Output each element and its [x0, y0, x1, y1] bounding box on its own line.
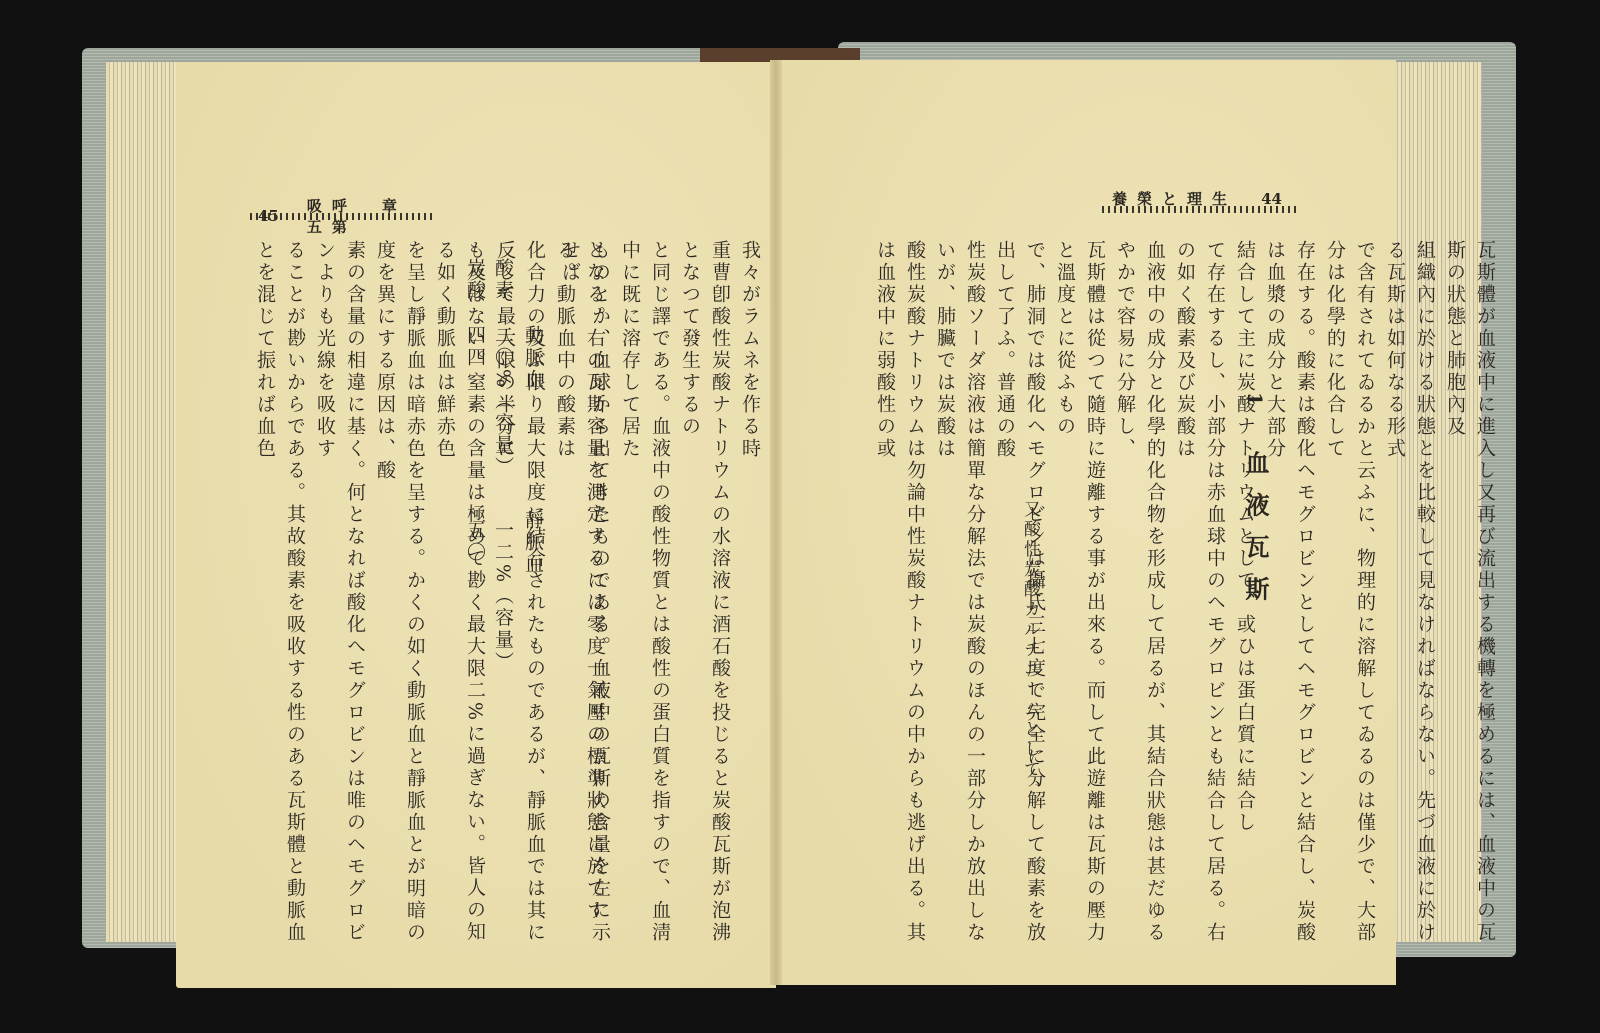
text-column: となる。右の瓦斯容量を測定するには零度一氣壓の標準狀態に於てする。動脈血中の酸素…: [550, 240, 610, 960]
inline-note: 又酸性炭酸カルチユームとして、: [1018, 500, 1043, 800]
text-column: 素の含量の相違に基く。何となれば酸化へモグロビンは唯のヘモグロビンよりも光線を吸…: [310, 240, 370, 960]
right-body-text: 瓦斯體が血液中に進入し又再び流出する機轉を極めるには、血液中の瓦斯の狀態と肺胞內…: [870, 240, 1500, 960]
header-wavy-rule: [248, 213, 433, 220]
text-column: 瓦斯體は從つて隨時に遊離する事が出來る。而して此遊離は瓦斯の壓力と溫度とに從ふも…: [1050, 240, 1110, 960]
left-body-text-continued: となる。右の瓦斯容量を測定するには零度一氣壓の標準狀態に於てする。動脈血中の酸素…: [250, 240, 610, 960]
text-column: 重曹卽酸性炭酸ナトリウムの水溶液に酒石酸を投じると炭酸瓦斯が泡沸となつて發生する…: [675, 240, 735, 960]
text-column: 血液中の成分と化學的化合物を形成して居るが、其結合狀態は甚だゆるやかで容易に分解…: [1110, 240, 1170, 960]
page-number: 44: [1261, 190, 1282, 208]
text-column: 化合力の及ぶ限り最大限度に結合されたものであるが、靜脈血では其に反して最大限の半…: [490, 240, 550, 960]
text-column: 組織內に於ける狀態とを比較して見なければならない。先づ血液に於ける瓦斯は如何なる…: [1380, 240, 1440, 960]
text-column: ることが尠いからである。其故酸素を吸收する性のある瓦斯體と動脈血とを混じて振れば…: [250, 240, 310, 960]
book-gutter-shadow: [770, 60, 782, 985]
text-column: 酸性炭酸ナトリウムは勿論中性炭酸ナトリウムの中からも逃げ出る。其は血液中に弱酸性…: [870, 240, 930, 960]
text-column: 結合して主に炭酸ナトリウムとして、或ひは蛋白質に結合し: [1230, 240, 1260, 960]
text-column: て存在するし、小部分は赤血球中のヘモグロビンとも結合して居る。右の如く酸素及び炭…: [1170, 240, 1230, 960]
text-column: 瓦斯體が血液中に進入し又再び流出する機轉を極めるには、血液中の瓦斯の狀態と肺胞內…: [1440, 240, 1500, 960]
text-column: を呈し靜脈血は暗赤色を呈する。かくの如く動脈血と靜脈血とが明暗の度を異にする原因…: [370, 240, 430, 960]
text-column: 存在する。酸素は酸化ヘモグロビンとしてヘモグロビンと結合し、炭酸は血漿の成分と大…: [1260, 240, 1320, 960]
text-column: と同じ譯である。血液中の酸性物質とは酸性の蛋白質を指すので、血淸中に既に溶存して…: [615, 240, 675, 960]
text-column: も及ばない。窒素の含量は極めて尠く最大限二%に過ぎない。皆人の知る如く動脈血は鮮…: [430, 240, 490, 960]
page-edges-left: [106, 62, 176, 942]
text-column: で含有されてゐるかと云ふに、物理的に溶解してゐるのは僅少で、大部分は化學的に化合…: [1320, 240, 1380, 960]
text-column: 性炭酸ソーダ溶液は簡單な分解法では炭酸のほんの一部分しか放出しないが、肺臟では炭…: [930, 240, 990, 960]
header-wavy-rule: [1100, 206, 1298, 213]
